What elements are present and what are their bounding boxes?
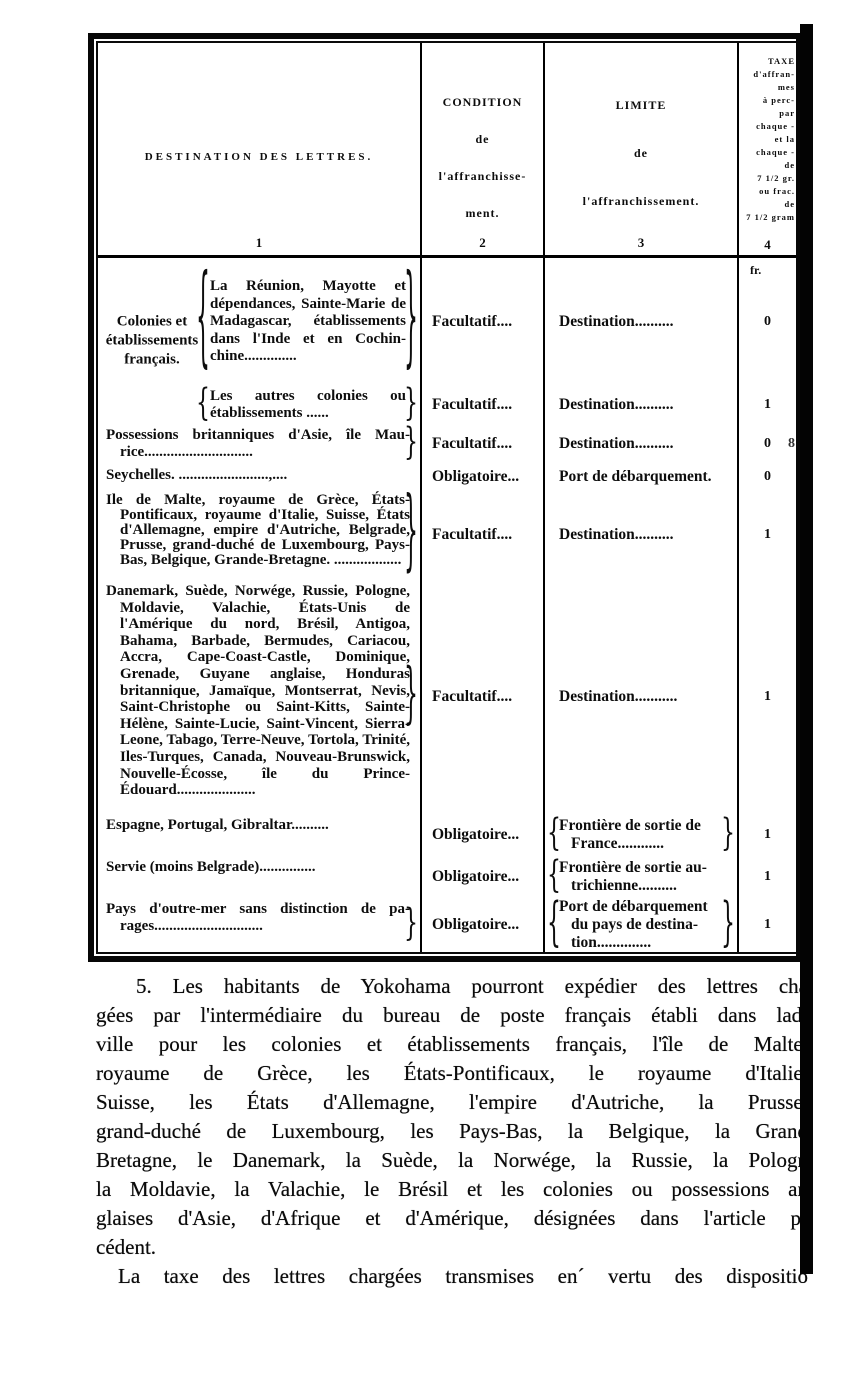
header-taxe-lines: TAXEd'affran-mesà perc-parchaque -et lac… [739, 55, 795, 224]
rate-cell: 1 [737, 814, 796, 856]
table-header-row: DESTINATION DES LETTRES. 1 CONDITIONdel'… [98, 43, 796, 258]
rate-cell: 1 [737, 386, 796, 424]
column-number-1: 1 [98, 235, 420, 251]
table-row: Danemark, Suède, Norwége, Russie, Pologn… [98, 580, 796, 814]
rate-cell: 1 [737, 856, 796, 898]
limite-cell: Destination.......... [543, 258, 737, 386]
text-line: chaque - [739, 120, 795, 133]
destination-cell: Ile de Malte, royaume de Grèce, États-Po… [98, 490, 420, 580]
text-line: chaque - [739, 146, 795, 159]
text-line: royaume de Grèce, les États-Pontificaux,… [96, 1059, 808, 1088]
table-body: fr. Colonies et établissements français.… [98, 258, 796, 952]
brace-right-icon [721, 899, 735, 952]
condition-cell: Obligatoire... [420, 814, 543, 856]
column-number-3: 3 [545, 235, 737, 251]
text-line: et la [739, 133, 795, 146]
article-5-text: 5. Les habitants de Yokohama pourront ex… [96, 972, 808, 1262]
rate-cell: 1 [737, 898, 796, 952]
limite-cell: Destination........... [543, 580, 737, 814]
rate-cell: 0 [737, 464, 796, 490]
postal-tariff-table: DESTINATION DES LETTRES. 1 CONDITIONdel'… [88, 33, 802, 962]
condition-cell: Obligatoire... [420, 856, 543, 898]
destination-cell: Possessions britanniques d'Asie, île Mau… [98, 424, 420, 464]
text-line: 7 1/2 gram [739, 211, 795, 224]
text-line: LIMITE [545, 98, 737, 113]
text-line: à perc- [739, 94, 795, 107]
text-line: ment. [422, 206, 543, 221]
text-line: Suisse, les États d'Allemagne, l'empire … [96, 1088, 808, 1117]
limite-cell: Destination.......... [543, 386, 737, 424]
rate-cell: 08 [737, 424, 796, 464]
header-condition-lines: CONDITIONdel'affranchisse-ment. [422, 95, 543, 243]
brace-left-icon [547, 816, 561, 853]
destination-cell: Servie (moins Belgrade)............... [98, 856, 420, 898]
brace-left-icon [547, 899, 561, 952]
condition-cell: Facultatif.... [420, 424, 543, 464]
header-limite: LIMITEdel'affranchissement. 3 [543, 43, 737, 255]
brace-left-icon [547, 858, 561, 895]
header-condition: CONDITIONdel'affranchisse-ment. 2 [420, 43, 543, 255]
table-row: Pays d'outre-mer sans distinction de pa-… [98, 898, 796, 952]
destination-cell: Pays d'outre-mer sans distinction de pa-… [98, 898, 420, 952]
limite-cell: Port de débarquement du pays de destina-… [543, 898, 737, 952]
table-row: Les autres colonies ou établissements ..… [98, 386, 796, 424]
text-line: d'affran- [739, 68, 795, 81]
header-taxe: TAXEd'affran-mesà perc-parchaque -et lac… [737, 43, 796, 255]
text-line: de [739, 159, 795, 172]
limite-cell: Port de débarquement. [543, 464, 737, 490]
condition-cell: Facultatif.... [420, 490, 543, 580]
text-line: de [545, 146, 737, 161]
brace-right-icon [721, 816, 735, 853]
text-line: TAXE [739, 55, 795, 68]
text-line: La taxe des lettres chargées transmises … [96, 1262, 808, 1291]
condition-cell: Obligatoire... [420, 898, 543, 952]
group-label-colonies: Colonies et établissements français. [100, 313, 204, 370]
header-destination: DESTINATION DES LETTRES. 1 [98, 43, 420, 255]
text-line: mes [739, 81, 795, 94]
brace-left-icon [196, 386, 210, 423]
destination-cell: Espagne, Portugal, Gibraltar.......... [98, 814, 420, 856]
table-row: Ile de Malte, royaume de Grèce, États-Po… [98, 490, 796, 580]
header-destination-title: DESTINATION DES LETTRES. [98, 151, 420, 163]
text-line: de [739, 198, 795, 211]
text-line: grand-duché de Luxembourg, les Pays-Bas,… [96, 1117, 808, 1146]
article-5-paragraph: 5. Les habitants de Yokohama pourront ex… [96, 972, 808, 1291]
column-number-4: 4 [739, 237, 796, 253]
table-row: Possessions britanniques d'Asie, île Mau… [98, 424, 796, 464]
scanned-document-page: DESTINATION DES LETTRES. 1 CONDITIONdel'… [0, 0, 854, 1378]
brace-right-icon [404, 664, 418, 730]
condition-cell: Facultatif.... [420, 386, 543, 424]
text-line: cédent. [96, 1233, 808, 1262]
rate-cell: 1 [737, 580, 796, 814]
text-line: 7 1/2 gr. [739, 172, 795, 185]
condition-cell: Facultatif.... [420, 580, 543, 814]
text-line: glaises d'Asie, d'Afrique et d'Amérique,… [96, 1204, 808, 1233]
condition-cell: Obligatoire... [420, 464, 543, 490]
limite-cell: Frontière de sortie au-trichienne.......… [543, 856, 737, 898]
colonies-row-group: Colonies et établissements français. La … [98, 258, 796, 424]
brace-right-icon [404, 491, 418, 579]
text-line: gées par l'intermédiaire du bureau de po… [96, 1001, 808, 1030]
brace-right-icon [404, 425, 418, 462]
table-row: Seychelles. ........................,...… [98, 464, 796, 490]
currency-label: fr. [750, 263, 761, 278]
header-limite-lines: LIMITEdel'affranchissement. [545, 98, 737, 242]
brace-right-icon [404, 267, 418, 377]
limite-cell: Destination.......... [543, 490, 737, 580]
text-line: de [422, 132, 543, 147]
text-line: ville pour les colonies et établissement… [96, 1030, 808, 1059]
destination-cell: Danemark, Suède, Norwége, Russie, Pologn… [98, 580, 420, 814]
destination-cell: Seychelles. ........................,...… [98, 464, 420, 490]
text-line: 5. Les habitants de Yokohama pourront ex… [96, 972, 808, 1001]
rate-cell: 1 [737, 490, 796, 580]
page-edge-binding-bar [800, 24, 813, 1274]
text-line: l'affranchisse- [422, 169, 543, 184]
text-line: l'affranchissement. [545, 194, 737, 209]
destination-cell: Les autres colonies ou établissements ..… [98, 386, 420, 424]
brace-right-icon [404, 386, 418, 423]
table-row: Espagne, Portugal, Gibraltar.......... O… [98, 814, 796, 856]
condition-cell: Facultatif.... [420, 258, 543, 386]
text-line: la Moldavie, la Valachie, le Brésil et l… [96, 1175, 808, 1204]
text-line: CONDITION [422, 95, 543, 110]
column-number-2: 2 [422, 235, 543, 251]
text-line: Bretagne, le Danemark, la Suède, la Norw… [96, 1146, 808, 1175]
limite-cell: Frontière de sortie de France...........… [543, 814, 737, 856]
following-paragraph-text: La taxe des lettres chargées transmises … [96, 1262, 808, 1291]
table-row: Servie (moins Belgrade)............... O… [98, 856, 796, 898]
text-line: par [739, 107, 795, 120]
brace-right-icon [404, 906, 418, 943]
limite-cell: Destination.......... [543, 424, 737, 464]
tariff-table-inner-border: DESTINATION DES LETTRES. 1 CONDITIONdel'… [96, 41, 796, 954]
text-line: ou frac. [739, 185, 795, 198]
rate-cell: 0 [737, 258, 796, 386]
